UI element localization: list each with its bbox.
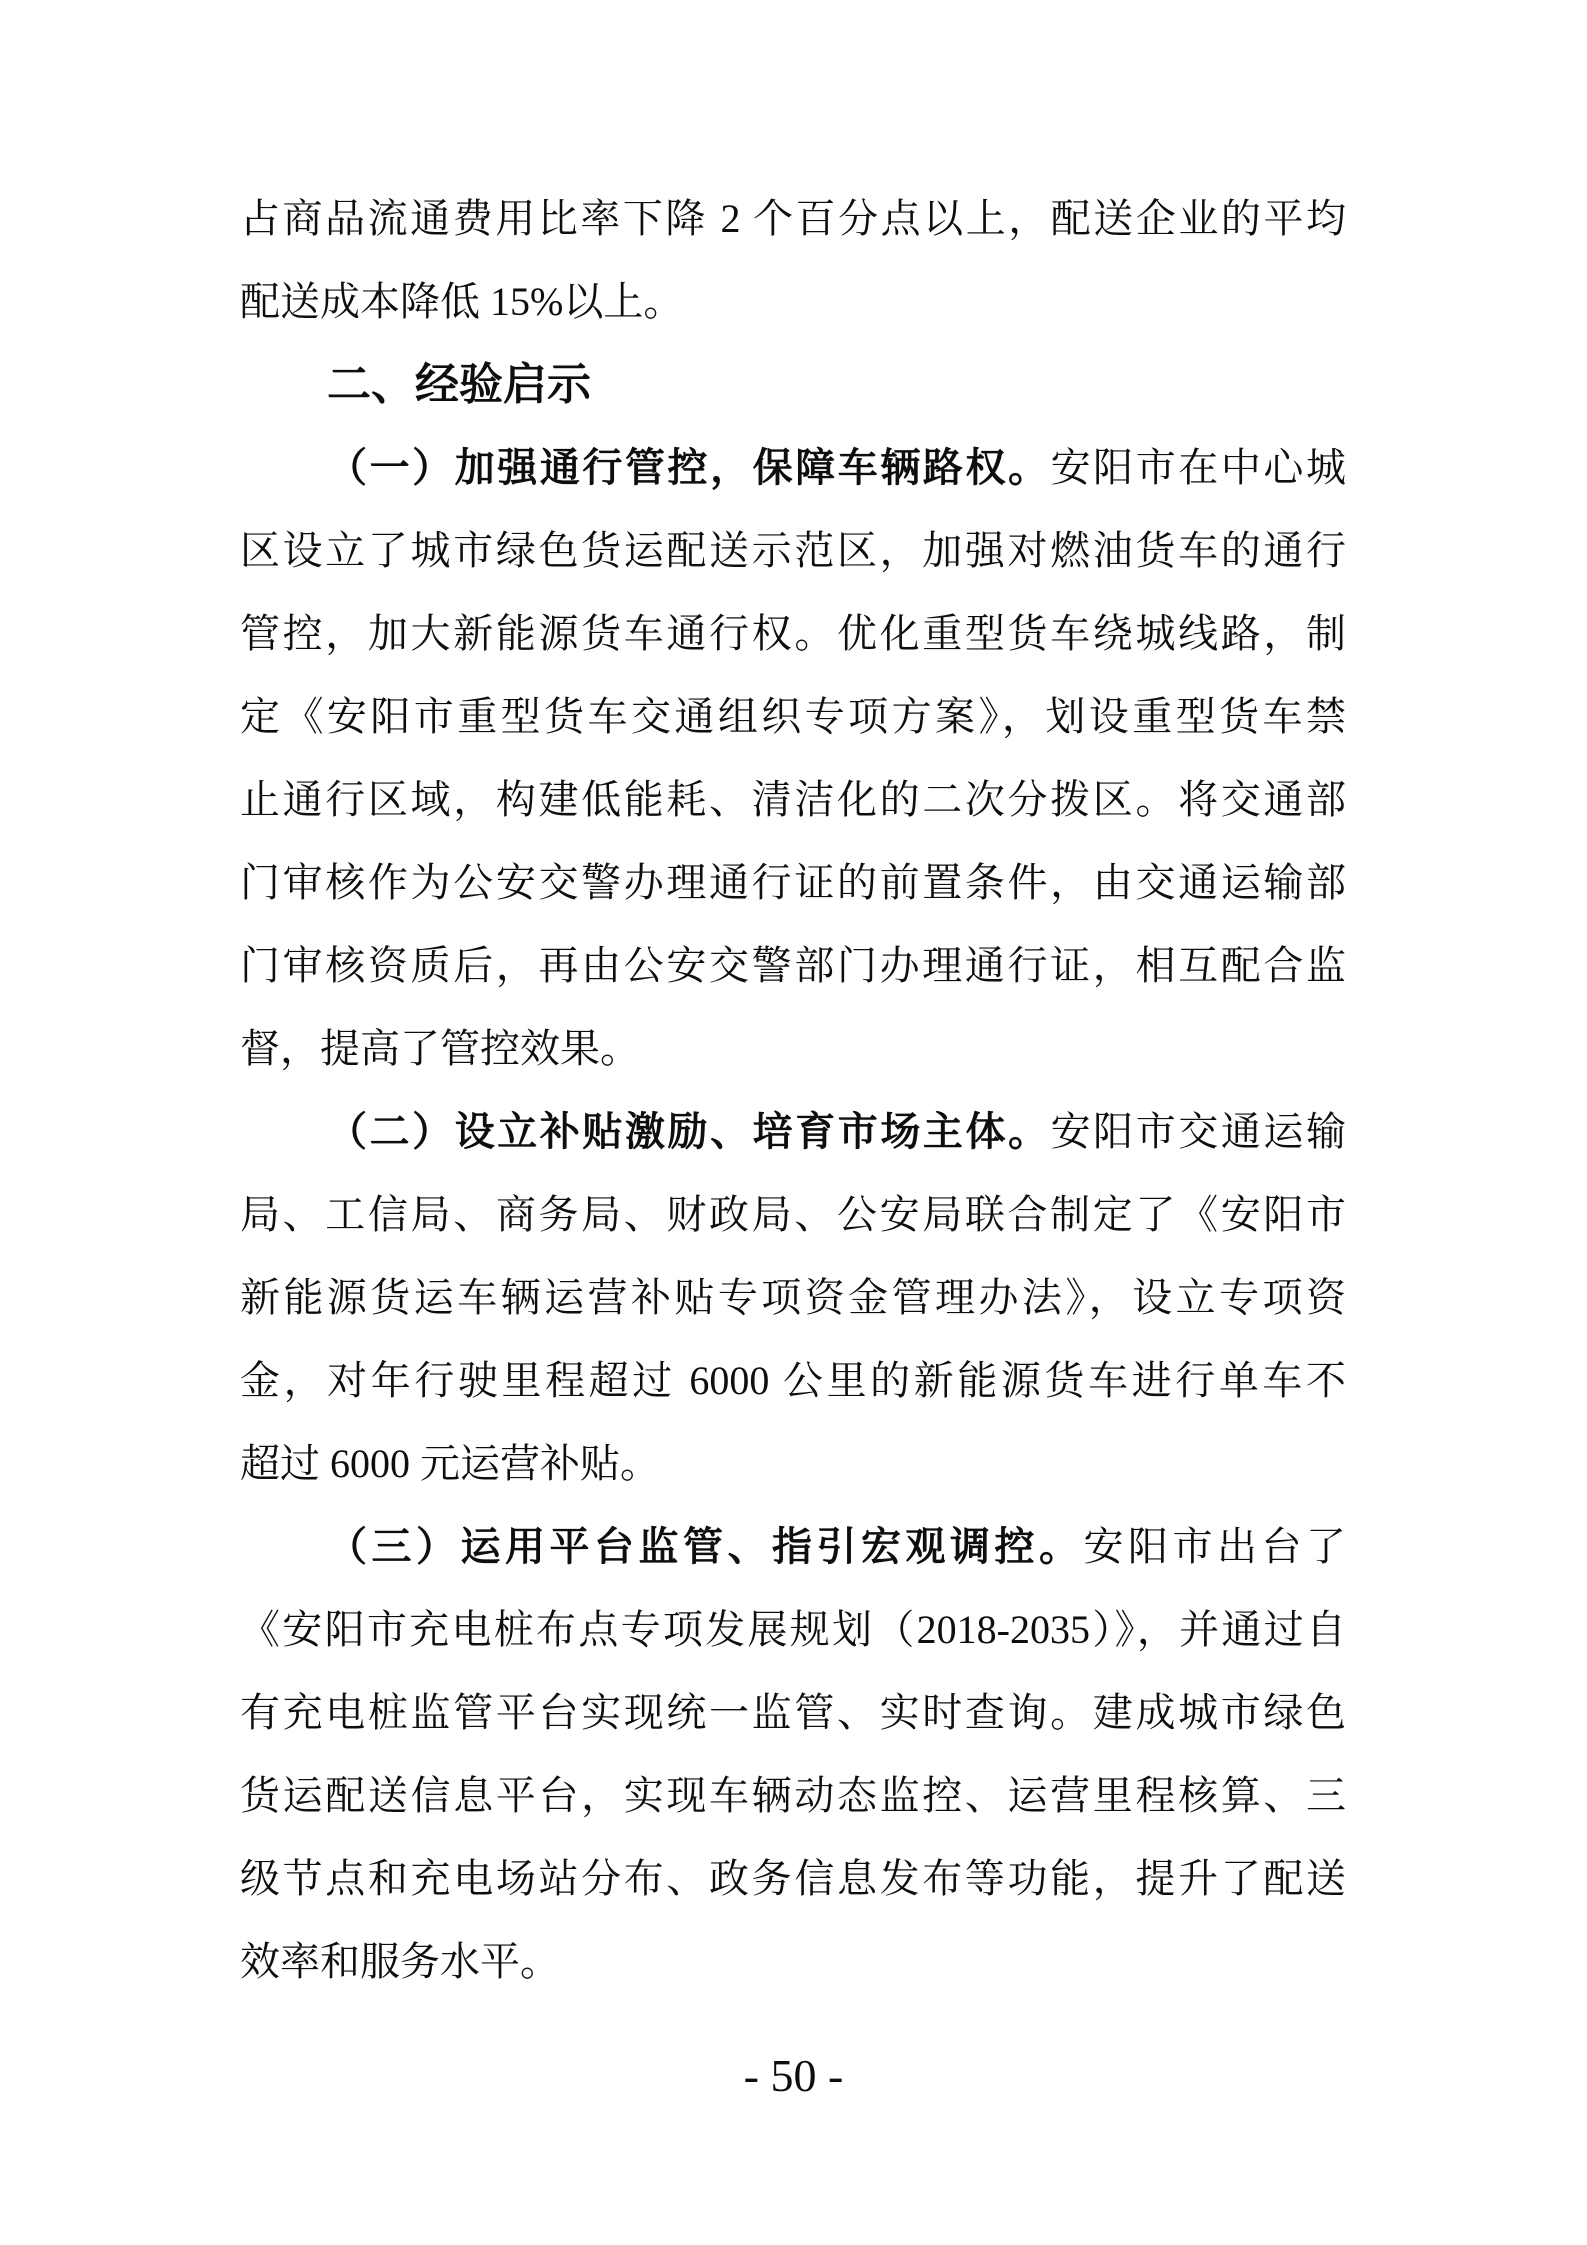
document-page: 占商品流通费用比率下降 2 个百分点以上，配送企业的平均配送成本降低 15%以上…: [0, 0, 1587, 2245]
section-heading: 二、经验启示: [240, 343, 1346, 426]
text-line: 门审核作为公安交警办理通行证的前置条件，由交通运输部: [240, 841, 1346, 924]
text-line: 货运配送信息平台，实现车辆动态监控、运营里程核算、三: [240, 1754, 1346, 1837]
text-line: 管控，加大新能源货车通行权。优化重型货车绕城线路，制: [240, 592, 1346, 675]
text-line: 占商品流通费用比率下降 2 个百分点以上，配送企业的平均: [240, 177, 1346, 260]
text-line: 配送成本降低 15%以上。: [240, 260, 1346, 343]
text-line: 督，提高了管控效果。: [240, 1007, 1346, 1090]
text-line: 新能源货运车辆运营补贴专项资金管理办法》，设立专项资: [240, 1256, 1346, 1339]
paragraph-lead-bold: （三）运用平台监管、指引宏观调控。: [327, 1524, 1084, 1569]
paragraph-lead-bold: （一）加强通行管控，保障车辆路权。: [327, 445, 1051, 490]
text-line: 定《安阳市重型货车交通组织专项方案》，划设重型货车禁: [240, 675, 1346, 758]
paragraph-lead-bold: （二）设立补贴激励、培育市场主体。: [327, 1109, 1051, 1154]
text-line: 金，对年行驶里程超过 6000 公里的新能源货车进行单车不: [240, 1339, 1346, 1422]
text-line: 区设立了城市绿色货运配送示范区，加强对燃油货车的通行: [240, 509, 1346, 592]
text-line: 效率和服务水平。: [240, 1920, 1346, 2003]
text-line: （三）运用平台监管、指引宏观调控。安阳市出台了: [240, 1505, 1346, 1588]
text-line: （一）加强通行管控，保障车辆路权。安阳市在中心城: [240, 426, 1346, 509]
body-text: 占商品流通费用比率下降 2 个百分点以上，配送企业的平均配送成本降低 15%以上…: [240, 177, 1346, 2003]
text-line: （二）设立补贴激励、培育市场主体。安阳市交通运输: [240, 1090, 1346, 1173]
text-line: 《安阳市充电桩布点专项发展规划（2018-2035）》，并通过自: [240, 1588, 1346, 1671]
text-line: 门审核资质后，再由公安交警部门办理通行证，相互配合监: [240, 924, 1346, 1007]
text-line: 止通行区域，构建低能耗、清洁化的二次分拨区。将交通部: [240, 758, 1346, 841]
text-line: 超过 6000 元运营补贴。: [240, 1422, 1346, 1505]
page-number: - 50 -: [0, 2046, 1587, 2106]
text-line: 级节点和充电场站分布、政务信息发布等功能，提升了配送: [240, 1837, 1346, 1920]
text-line: 有充电桩监管平台实现统一监管、实时查询。建成城市绿色: [240, 1671, 1346, 1754]
text-line: 局、工信局、商务局、财政局、公安局联合制定了《安阳市: [240, 1173, 1346, 1256]
